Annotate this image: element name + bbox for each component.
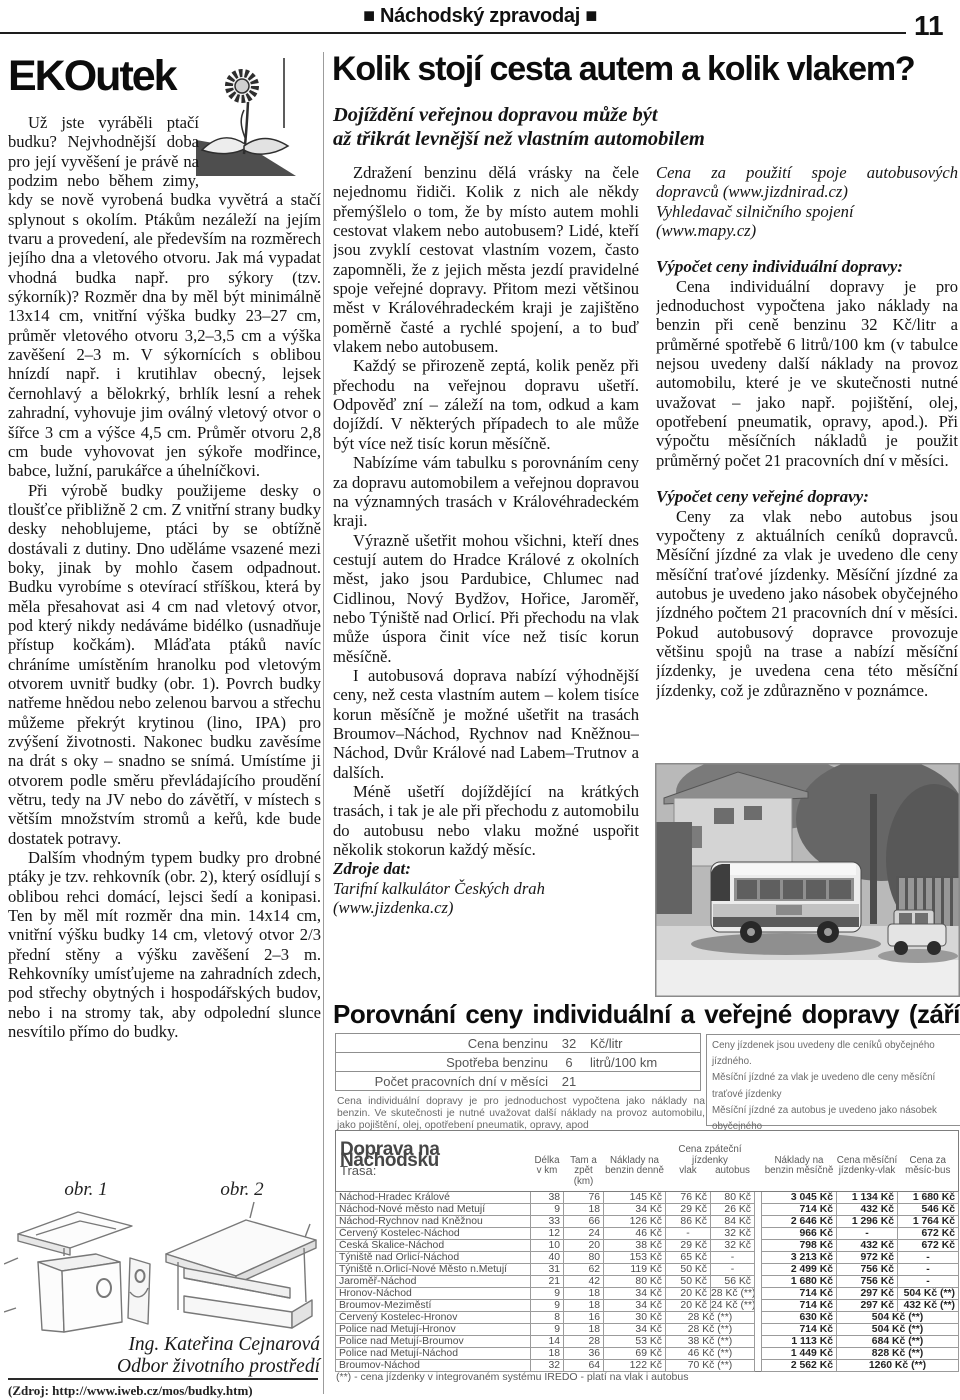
table-cell: Červený Kostelec-Náchod <box>336 1228 531 1240</box>
table-cell: 432 Kč <box>837 1204 898 1216</box>
col-header-benzin-denne: benzin denně <box>604 1166 666 1192</box>
table-cell: 50 Kč <box>666 1264 711 1276</box>
col-header-delka: v km <box>531 1166 564 1192</box>
table-cell: 31 <box>531 1264 564 1276</box>
parameter-value: 21 <box>548 1074 590 1089</box>
table-cell: 2 646 Kč <box>762 1216 837 1228</box>
table-row: Česká Skalice-Náchod102038 Kč29 Kč32 Kč7… <box>336 1240 959 1252</box>
table-cell: 122 Kč <box>604 1360 666 1372</box>
table-cell: 966 Kč <box>762 1228 837 1240</box>
table-cell: Broumov-Meziměstí <box>336 1300 531 1312</box>
subtitle-line: až třikrát levnější než vlastním automob… <box>333 127 953 151</box>
subtitle-line: Dojíždění veřejnou dopravou může být <box>333 103 953 127</box>
parameter-row: Cena benzinu 32 Kč/litr <box>335 1033 701 1053</box>
body-paragraph: Zdražení benzinu dělá vrásky na čele nej… <box>333 163 639 356</box>
table-cell: 18 <box>564 1300 604 1312</box>
bus-photo <box>655 763 960 997</box>
col-header-zpatecni: Cena zpáteční jízdenky <box>666 1131 755 1167</box>
table-row: Police nad Metují-Náchod183669 Kč46 Kč (… <box>336 1348 959 1360</box>
table-cell: 84 Kč <box>711 1216 755 1228</box>
table-cell: 3 045 Kč <box>762 1192 837 1204</box>
table-cell: 14 <box>531 1336 564 1348</box>
table-cell: 24 Kč (**) <box>711 1300 755 1312</box>
body-paragraph: Každý se přirozeně zeptá, kolik peněz př… <box>333 356 639 453</box>
article-headline: Kolik stojí cesta autem a kolik vlakem? <box>332 50 960 89</box>
parameter-label: Cena benzinu <box>336 1036 548 1051</box>
table-row: Týniště nad Orlicí-Náchod4080153 Kč65 Kč… <box>336 1252 959 1264</box>
table-cell: 70 Kč (**) <box>666 1360 755 1372</box>
newspaper-page: ■ Náchodský zpravodaj ■ 11 EKOutek Už js… <box>0 0 960 1400</box>
parameter-value: 32 <box>548 1036 590 1051</box>
table-cell: Týniště nad Orlicí-Náchod <box>336 1252 531 1264</box>
table-cell: 145 Kč <box>604 1192 666 1204</box>
table-cell <box>755 1300 762 1312</box>
table-row: Police nad Metují-Hronov91834 Kč28 Kč (*… <box>336 1324 959 1336</box>
ekoutek-article-body: Už jste vyráběli ptačí budku? Nejvhodněj… <box>8 113 321 1177</box>
body-paragraph: Výrazně ušetřit mohou všichni, kteří dne… <box>333 531 639 666</box>
table-cell: 24 <box>564 1228 604 1240</box>
table-cell: Týniště n.Orlicí-Nové Město n.Metují <box>336 1264 531 1276</box>
col-header-benzin-mesicne: benzin měsíčně <box>762 1166 837 1192</box>
table-cell: 1 113 Kč <box>762 1336 837 1348</box>
table-cell: Police nad Metují-Náchod <box>336 1348 531 1360</box>
table-cell: 40 <box>531 1252 564 1264</box>
table-cell: Červený Kostelec-Hronov <box>336 1312 531 1324</box>
body-paragraph: Dalším vhodným typem budky pro drobné pt… <box>8 848 321 1041</box>
table-cell: 34 Kč <box>604 1204 666 1216</box>
table-cell: 56 Kč <box>711 1276 755 1288</box>
table-cell: 8 <box>531 1312 564 1324</box>
table-cell <box>755 1324 762 1336</box>
table-cell: 1260 Kč (**) <box>837 1360 959 1372</box>
article-subtitle: Dojíždění veřejnou dopravou může být až … <box>333 103 953 151</box>
table-cell: 42 <box>564 1276 604 1288</box>
table-cell: 29 Kč <box>666 1204 711 1216</box>
table-title: Doprava na Náchodsku <box>336 1131 531 1167</box>
data-source-item: (www.mapy.cz) <box>656 221 958 240</box>
note-line: Měsíční jízdné za vlak je uvedeno dle ce… <box>712 1070 960 1102</box>
table-cell: 38 Kč <box>604 1240 666 1252</box>
route-comparison-table: Doprava na Náchodsku Délka Tam a Náklady… <box>335 1130 959 1372</box>
table-cell: Police nad Metují-Hronov <box>336 1324 531 1336</box>
table-cell: Česká Skalice-Náchod <box>336 1240 531 1252</box>
table-cell: 65 Kč <box>666 1252 711 1264</box>
table-cell: 20 Kč <box>666 1300 711 1312</box>
table-cell: 297 Kč <box>837 1288 898 1300</box>
table-cell: 1 449 Kč <box>762 1348 837 1360</box>
parameter-label: Spotřeba benzinu <box>336 1055 548 1070</box>
table-cell: 153 Kč <box>604 1252 666 1264</box>
comparison-section-heading: Porovnání ceny individuální a veřejné do… <box>333 999 960 1030</box>
table-row: Týniště n.Orlicí-Nové Město n.Metují3162… <box>336 1264 959 1276</box>
data-sources-heading: Zdroje dat: <box>333 859 639 878</box>
table-cell <box>755 1216 762 1228</box>
table-cell: 432 Kč (**) <box>898 1300 959 1312</box>
parameter-row: Počet pracovních dní v měsíci 21 <box>335 1071 701 1091</box>
table-cell: Náchod-Nové město nad Metují <box>336 1204 531 1216</box>
table-cell: 32 <box>531 1360 564 1372</box>
table-cell: 714 Kč <box>762 1204 837 1216</box>
table-cell: 18 <box>531 1348 564 1360</box>
table-cell <box>755 1240 762 1252</box>
table-cell: 86 Kč <box>666 1216 711 1228</box>
table-cell: 546 Kč <box>898 1204 959 1216</box>
col-gap <box>755 1166 762 1192</box>
table-cell: 66 <box>564 1216 604 1228</box>
table-cell: 69 Kč <box>604 1348 666 1360</box>
table-cell: 9 <box>531 1288 564 1300</box>
table-cell: 432 Kč <box>837 1240 898 1252</box>
table-cell: 1 680 Kč <box>898 1192 959 1204</box>
table-cell: 26 Kč <box>711 1204 755 1216</box>
article-signature: Ing. Kateřina Cejnarová Odbor životního … <box>8 1334 320 1378</box>
table-cell: 28 Kč (**) <box>666 1324 755 1336</box>
table-cell: 9 <box>531 1300 564 1312</box>
table-cell: 28 <box>564 1336 604 1348</box>
table-cell: Police nad Metují-Broumov <box>336 1336 531 1348</box>
table-cell: - <box>711 1264 755 1276</box>
data-source-item: Cena za použití spoje autobusových dopra… <box>656 163 958 202</box>
data-source-item: (www.jizdenka.cz) <box>333 898 639 917</box>
table-cell <box>755 1288 762 1300</box>
col-header-mesic-bus: měsíc-bus <box>898 1166 959 1192</box>
table-cell: 50 Kč <box>666 1276 711 1288</box>
table-cell: 76 Kč <box>666 1192 711 1204</box>
table-cell: - <box>837 1228 898 1240</box>
table-cell <box>755 1348 762 1360</box>
table-cell: 828 Kč (**) <box>837 1348 959 1360</box>
table-cell: 1 680 Kč <box>762 1276 837 1288</box>
body-paragraph: Nabízíme vám tabulku s porovnáním ceny z… <box>333 453 639 530</box>
fuel-parameters-box: Cena benzinu 32 Kč/litr Spotřeba benzinu… <box>335 1034 701 1091</box>
table-cell <box>755 1360 762 1372</box>
table-cell: 3 213 Kč <box>762 1252 837 1264</box>
table-cell: 18 <box>564 1288 604 1300</box>
table-row: Náchod-Nové město nad Metují91834 Kč29 K… <box>336 1204 959 1216</box>
table-cell: 119 Kč <box>604 1264 666 1276</box>
route-table-body: Náchod-Hradec Králové3876145 Kč76 Kč80 K… <box>336 1192 959 1372</box>
col-header-benzin-mesicne: Náklady na <box>762 1131 837 1167</box>
table-cell: 32 Kč <box>711 1228 755 1240</box>
table-cell: 21 <box>531 1276 564 1288</box>
table-cell: 20 <box>564 1240 604 1252</box>
data-source-item: Tarifní kalkulátor Českých drah <box>333 879 639 898</box>
table-cell: - <box>898 1252 959 1264</box>
calc-individual-heading: Výpočet ceny individuální dopravy: <box>656 257 958 276</box>
ekoutek-section-title: EKOutek <box>8 52 176 101</box>
table-cell: 798 Kč <box>762 1240 837 1252</box>
parameter-label: Počet pracovních dní v měsíci <box>336 1074 548 1089</box>
table-row: Police nad Metují-Broumov142853 Kč38 Kč … <box>336 1336 959 1348</box>
body-paragraph: Cena individuální dopravy je pro jednodu… <box>656 277 958 470</box>
table-cell: 33 <box>531 1216 564 1228</box>
body-paragraph: Ceny za vlak nebo autobus jsou vypočteny… <box>656 507 958 700</box>
table-cell: - <box>666 1228 711 1240</box>
body-paragraph: Méně ušetří dojíždějící na krátkých tras… <box>333 782 639 859</box>
table-cell: 46 Kč (**) <box>666 1348 755 1360</box>
table-cell: 684 Kč (**) <box>837 1336 959 1348</box>
calc-public-heading: Výpočet ceny veřejné dopravy: <box>656 487 958 506</box>
flower-wrap-spacer <box>199 113 321 187</box>
table-cell: - <box>898 1264 959 1276</box>
birdhouse-figure-1-image <box>4 1200 156 1339</box>
table-cell <box>755 1204 762 1216</box>
col-header-tam: Tam a <box>564 1131 604 1167</box>
table-cell: 18 <box>564 1324 604 1336</box>
table-cell: 16 <box>564 1312 604 1324</box>
table-cell: 672 Kč <box>898 1228 959 1240</box>
figure-2-label: obr. 2 <box>164 1179 320 1201</box>
table-cell: 972 Kč <box>837 1252 898 1264</box>
table-cell: 34 Kč <box>604 1300 666 1312</box>
table-row: Jaroměř-Náchod214280 Kč50 Kč56 Kč1 680 K… <box>336 1276 959 1288</box>
table-cell: 714 Kč <box>762 1324 837 1336</box>
col-header-tam: zpět (km) <box>564 1166 604 1192</box>
article-column-2: Cena za použití spoje autobusových dopra… <box>656 163 958 761</box>
table-cell: 62 <box>564 1264 604 1276</box>
table-cell: 12 <box>531 1228 564 1240</box>
table-cell: Náchod-Hradec Králové <box>336 1192 531 1204</box>
table-cell: - <box>898 1276 959 1288</box>
col-header-mesicni-vlak: jízdenky-vlak <box>837 1166 898 1192</box>
table-row: Červený Kostelec-Hronov81630 Kč28 Kč (**… <box>336 1312 959 1324</box>
table-cell <box>755 1228 762 1240</box>
article-column-1: Zdražení benzinu dělá vrásky na čele nej… <box>333 163 639 993</box>
table-cell: 2 562 Kč <box>762 1360 837 1372</box>
masthead-rule <box>0 32 906 34</box>
table-cell: Hronov-Náchod <box>336 1288 531 1300</box>
body-paragraph: Při výrobě budky použijeme desky o tlouš… <box>8 481 321 849</box>
parameter-unit: Kč/litr <box>590 1036 700 1051</box>
bus-shape <box>711 862 861 943</box>
figure-labels-row: obr. 1 obr. 2 <box>8 1179 320 1201</box>
table-cell <box>755 1336 762 1348</box>
masthead-title: ■ Náchodský zpravodaj ■ <box>0 5 960 28</box>
table-cell <box>755 1264 762 1276</box>
table-cell: 714 Kč <box>762 1288 837 1300</box>
table-cell: 1 764 Kč <box>898 1216 959 1228</box>
table-row: Broumov-Meziměstí91834 Kč20 Kč24 Kč (**)… <box>336 1300 959 1312</box>
table-cell: 756 Kč <box>837 1264 898 1276</box>
table-cell: 30 Kč <box>604 1312 666 1324</box>
table-row: Hronov-Náchod91834 Kč20 Kč28 Kč (**)714 … <box>336 1288 959 1300</box>
table-cell: 46 Kč <box>604 1228 666 1240</box>
table-cell: - <box>711 1252 755 1264</box>
table-cell: 34 Kč <box>604 1324 666 1336</box>
table-footnote: (**) - cena jízdenky v integrovaném syst… <box>336 1371 956 1383</box>
col-header-mesic-bus: Cena za <box>898 1131 959 1167</box>
table-cell: 64 <box>564 1360 604 1372</box>
table-cell: 80 Kč <box>711 1192 755 1204</box>
signature-department: Odbor životního prostředí <box>8 1356 320 1378</box>
table-cell: 76 <box>564 1192 604 1204</box>
figure-1-label: obr. 1 <box>8 1179 164 1201</box>
col-header-benzin-denne: Náklady na <box>604 1131 666 1167</box>
page-number: 11 <box>914 10 958 42</box>
table-cell: 38 <box>531 1192 564 1204</box>
table-cell: 80 Kč <box>604 1276 666 1288</box>
birdhouse-figure-2-image <box>158 1200 320 1339</box>
table-cell: 18 <box>564 1204 604 1216</box>
table-cell: 297 Kč <box>837 1300 898 1312</box>
table-row: Červený Kostelec-Náchod122446 Kč-32 Kč96… <box>336 1228 959 1240</box>
parameter-unit: litrů/100 km <box>590 1055 700 1070</box>
table-cell: 126 Kč <box>604 1216 666 1228</box>
table-cell: 38 Kč (**) <box>666 1336 755 1348</box>
table-cell: 9 <box>531 1324 564 1336</box>
table-cell: Broumov-Náchod <box>336 1360 531 1372</box>
ticket-notes-box: Ceny jízdenek jsou uvedeny dle ceníků ob… <box>706 1034 960 1126</box>
table-cell: 20 Kč <box>666 1288 711 1300</box>
table-cell: 504 Kč (**) <box>837 1312 959 1324</box>
col-header-delka: Délka <box>531 1131 564 1167</box>
table-cell: 630 Kč <box>762 1312 837 1324</box>
table-cell: Jaroměř-Náchod <box>336 1276 531 1288</box>
parameters-note: Cena individuální dopravy je pro jednodu… <box>337 1096 705 1132</box>
table-cell: 80 <box>564 1252 604 1264</box>
col-header-autobus: autobus <box>711 1166 755 1192</box>
note-line: Ceny jízdenek jsou uvedeny dle ceníků ob… <box>712 1038 960 1070</box>
table-cell: 714 Kč <box>762 1300 837 1312</box>
table-cell: 36 <box>564 1348 604 1360</box>
parameter-row: Spotřeba benzinu 6 litrů/100 km <box>335 1052 701 1072</box>
body-paragraph: I autobusová doprava nabízí výhodnější c… <box>333 666 639 782</box>
table-cell <box>755 1312 762 1324</box>
table-row: Broumov-Náchod3264122 Kč70 Kč (**)2 562 … <box>336 1360 959 1372</box>
table-cell: 504 Kč (**) <box>837 1324 959 1336</box>
source-note: (Zdroj: http://www.iweb.cz/mos/budky.htm… <box>8 1378 318 1399</box>
col-header-mesicni-vlak: Cena měsíční <box>837 1131 898 1167</box>
table-cell: 756 Kč <box>837 1276 898 1288</box>
table-cell: 28 Kč (**) <box>666 1312 755 1324</box>
table-cell: 34 Kč <box>604 1288 666 1300</box>
table-cell: 29 Kč <box>666 1240 711 1252</box>
column-divider-rule <box>323 52 324 1394</box>
table-cell: 28 Kč (**) <box>711 1288 755 1300</box>
table-cell: 2 499 Kč <box>762 1264 837 1276</box>
table-cell: 10 <box>531 1240 564 1252</box>
col-gap <box>755 1131 762 1167</box>
body-paragraph: Už jste vyráběli ptačí budku? Nejvhodněj… <box>8 113 321 481</box>
table-cell <box>755 1252 762 1264</box>
parameter-value: 6 <box>548 1055 590 1070</box>
table-row: Náchod-Hradec Králové3876145 Kč76 Kč80 K… <box>336 1192 959 1204</box>
table-cell <box>755 1192 762 1204</box>
table-cell: 672 Kč <box>898 1240 959 1252</box>
table-cell: 53 Kč <box>604 1336 666 1348</box>
table-cell: 504 Kč (**) <box>898 1288 959 1300</box>
data-source-item: Vyhledavač silničního spojení <box>656 202 958 221</box>
table-cell: 1 134 Kč <box>837 1192 898 1204</box>
signature-name: Ing. Kateřina Cejnarová <box>8 1334 320 1356</box>
table-cell: 9 <box>531 1204 564 1216</box>
table-cell: 1 296 Kč <box>837 1216 898 1228</box>
table-cell <box>755 1276 762 1288</box>
table-cell: 32 Kč <box>711 1240 755 1252</box>
col-header-vlak: vlak <box>666 1166 711 1192</box>
table-row: Náchod-Rychnov nad Kněžnou3366126 Kč86 K… <box>336 1216 959 1228</box>
table-cell: Náchod-Rychnov nad Kněžnou <box>336 1216 531 1228</box>
